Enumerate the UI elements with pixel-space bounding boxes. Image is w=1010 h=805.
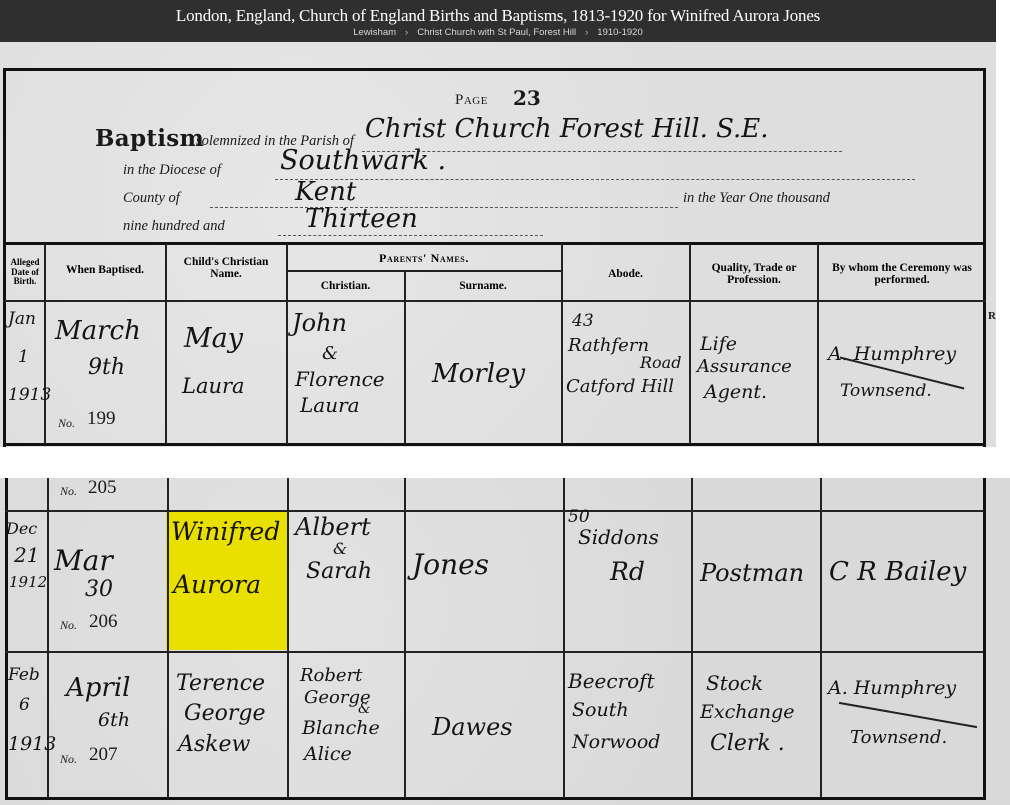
col-line (689, 244, 691, 444)
officiant: C R Bailey (829, 558, 966, 587)
border-bottom (3, 443, 986, 446)
breadcrumb-lewisham[interactable]: Lewisham (353, 27, 396, 38)
profession: Postman (700, 560, 804, 586)
entry-number: 199 (87, 408, 116, 430)
col-header-child-name: Child's Christian Name. (180, 256, 272, 280)
birth-month: Jan (8, 310, 36, 329)
entry-no-label: No. (58, 416, 75, 431)
abode-line-1: 50 (568, 508, 590, 527)
birth-month: Feb (8, 666, 40, 685)
nine-hundred-label: nine hundred and (123, 218, 225, 235)
officiant-line-2: Townsend. (840, 382, 932, 401)
baptised-month: April (66, 674, 130, 703)
edge-letter: R (988, 310, 996, 322)
breadcrumb-church[interactable]: Christ Church with St Paul, Forest Hill (417, 27, 576, 38)
year-value: Thirteen (305, 205, 418, 234)
profession-line-1: Life (700, 334, 737, 355)
parish-value: Christ Church Forest Hill. S.E. (365, 115, 769, 144)
register-page-image-top: Page 23 Baptism solemnized in the Parish… (0, 42, 996, 447)
birth-day: 6 (19, 696, 30, 715)
col-header-profession: Quality, Trade or Profession. (700, 262, 808, 286)
record-title-bar: London, England, Church of England Birth… (0, 0, 996, 42)
abode-line-2: Siddons (578, 526, 659, 548)
mother-name: Sarah (306, 560, 372, 584)
child-first-name: Terence (176, 672, 265, 696)
chevron-right-icon: › (405, 27, 408, 39)
border-right (983, 478, 986, 800)
row-line (5, 510, 983, 512)
baptised-day: 6th (98, 710, 130, 731)
mother-name-2: Alice (304, 744, 352, 765)
baptised-day: 30 (85, 578, 113, 602)
header-divider (3, 242, 986, 245)
strike-through (839, 702, 977, 728)
parent-and: & (322, 344, 338, 364)
baptised-month: March (55, 317, 141, 346)
entry-number: 205 (88, 478, 117, 499)
mother-name-2: Laura (300, 394, 360, 416)
birth-month: Dec (6, 520, 37, 538)
parents-divider (287, 270, 561, 272)
birth-day: 21 (14, 544, 39, 566)
surname: Morley (432, 360, 525, 389)
mother-name-1: Florence (295, 368, 385, 390)
profession-line-3: Agent. (704, 382, 767, 403)
birth-day: 1 (18, 348, 29, 367)
child-third-name: Askew (178, 733, 250, 757)
birth-year: 1913 (8, 734, 56, 755)
col-line (691, 478, 693, 798)
child-second-name: Aurora (173, 571, 261, 599)
col-header-birth: Alleged Date of Birth. (5, 258, 45, 287)
officiant-line-1: A. Humphrey (828, 344, 956, 365)
col-line (165, 244, 167, 444)
county-line (210, 206, 678, 208)
profession-line-2: Exchange (700, 702, 794, 723)
entry-no-label: No. (60, 618, 77, 633)
profession-line-1: Stock (706, 672, 763, 694)
abode-line-3: Rd (610, 558, 645, 586)
father-name: Albert (295, 514, 371, 540)
birth-year: 1913 (8, 386, 51, 405)
record-title: London, England, Church of England Birth… (0, 0, 996, 24)
entry-no-label: No. (60, 484, 77, 499)
father-name: John (292, 310, 347, 336)
col-line (287, 478, 289, 798)
county-label: County of (123, 190, 180, 207)
entry-no-label: No. (60, 752, 77, 767)
abode-line-3: Road (640, 354, 681, 372)
abode-line-1: 43 (572, 312, 594, 331)
header-bottom-line (3, 300, 986, 302)
child-first-name: May (184, 324, 243, 354)
child-second-name: George (184, 702, 265, 726)
father-name-1: Robert (300, 666, 362, 686)
col-line (820, 478, 822, 798)
child-second-name: Laura (182, 375, 245, 398)
abode-line-3: Norwood (572, 732, 660, 753)
county-value: Kent (295, 178, 356, 207)
border-right (983, 69, 986, 447)
officiant-line-2: Townsend. (850, 728, 947, 748)
diocese-line (275, 178, 915, 180)
col-header-abode: Abode. (562, 268, 689, 280)
profession-line-3: Clerk . (710, 732, 785, 756)
row-line (5, 651, 983, 653)
abode-line-1: Beecroft (568, 670, 655, 692)
abode-line-2: Rathfern (568, 336, 649, 356)
profession-line-2: Assurance (697, 357, 792, 377)
year-label: in the Year One thousand (683, 190, 830, 207)
chevron-right-icon: › (585, 27, 588, 39)
col-line (167, 478, 169, 798)
abode-line-2: South (572, 700, 629, 721)
col-line (563, 478, 565, 798)
register-page-image-bottom: No. 205 Dec 21 1912 Mar 30 No. 206 Winif… (0, 478, 1010, 805)
baptised-day: 9th (88, 356, 125, 380)
col-header-baptised: When Baptised. (45, 264, 165, 276)
col-line (286, 244, 288, 444)
col-line (817, 244, 819, 444)
child-first-name: Winifred (171, 518, 280, 546)
breadcrumb-years[interactable]: 1910-1920 (597, 27, 642, 38)
surname: Jones (412, 550, 489, 581)
border-top (3, 68, 986, 71)
col-header-christian: Christian. (287, 280, 404, 292)
col-header-officiant: By whom the Ceremony was performed. (822, 262, 982, 286)
diocese-label: in the Diocese of (123, 162, 221, 179)
abode-line-4: Catford Hill (566, 377, 674, 397)
year-line (278, 234, 543, 236)
page-number: 23 (513, 86, 541, 110)
baptism-heading: Baptism (95, 125, 204, 152)
col-line (404, 270, 406, 444)
col-header-parents: Parents' Names. (287, 252, 561, 264)
breadcrumb: Lewisham›Christ Church with St Paul, For… (0, 27, 996, 39)
baptised-month: Mar (54, 546, 113, 577)
page-label: Page (455, 92, 488, 109)
surname: Dawes (432, 714, 513, 740)
parent-and: & (333, 540, 347, 558)
mother-name-1: Blanche (302, 718, 380, 739)
col-line (404, 478, 406, 798)
entry-number: 207 (89, 744, 118, 766)
diocese-value: Southwark . (280, 146, 446, 176)
col-header-surname: Surname. (405, 280, 561, 292)
officiant-line-1: A. Humphrey (828, 678, 956, 699)
entry-number: 206 (89, 611, 118, 633)
border-bottom (5, 797, 986, 800)
parent-and: & (358, 702, 370, 717)
birth-year: 1912 (9, 574, 47, 591)
